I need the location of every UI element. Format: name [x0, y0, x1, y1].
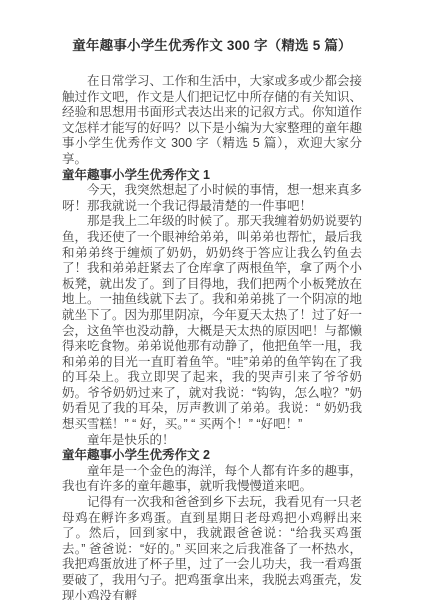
document-page: 童年趣事小学生优秀作文 300 字（精选 5 篇） 在日常学习、工作和生活中，大…	[0, 0, 424, 600]
section-1-heading: 童年趣事小学生优秀作文 1	[62, 168, 362, 184]
page-title: 童年趣事小学生优秀作文 300 字（精选 5 篇）	[62, 37, 362, 55]
section-2-heading: 童年趣事小学生优秀作文 2	[62, 448, 362, 464]
intro-paragraph: 在日常学习、工作和生活中，大家或多或少都会接触过作文吧，作文是人们把记忆中所存储…	[62, 74, 362, 168]
section-1-paragraph-1: 今天，我突然想起了小时候的事情，想一想来真多呀！那我就说一个我记得最清楚的一件事…	[62, 183, 362, 214]
section-2-paragraph-1: 童年是一个金色的海洋，每个人都有许多的趣事，我也有许多的童年趣事，就听我慢慢道来…	[62, 464, 362, 495]
section-1-paragraph-3: 童年是快乐的！	[62, 433, 362, 449]
section-2-paragraph-2: 记得有一次我和爸爸到乡下去玩，我看见有一只老母鸡在孵许多鸡蛋。直到星期日老母鸡把…	[62, 495, 362, 600]
section-1-paragraph-2: 那是我上二年级的时候了。那天我缠着奶奶说要钓鱼，我还使了一个眼神给弟弟，叫弟弟也…	[62, 214, 362, 432]
